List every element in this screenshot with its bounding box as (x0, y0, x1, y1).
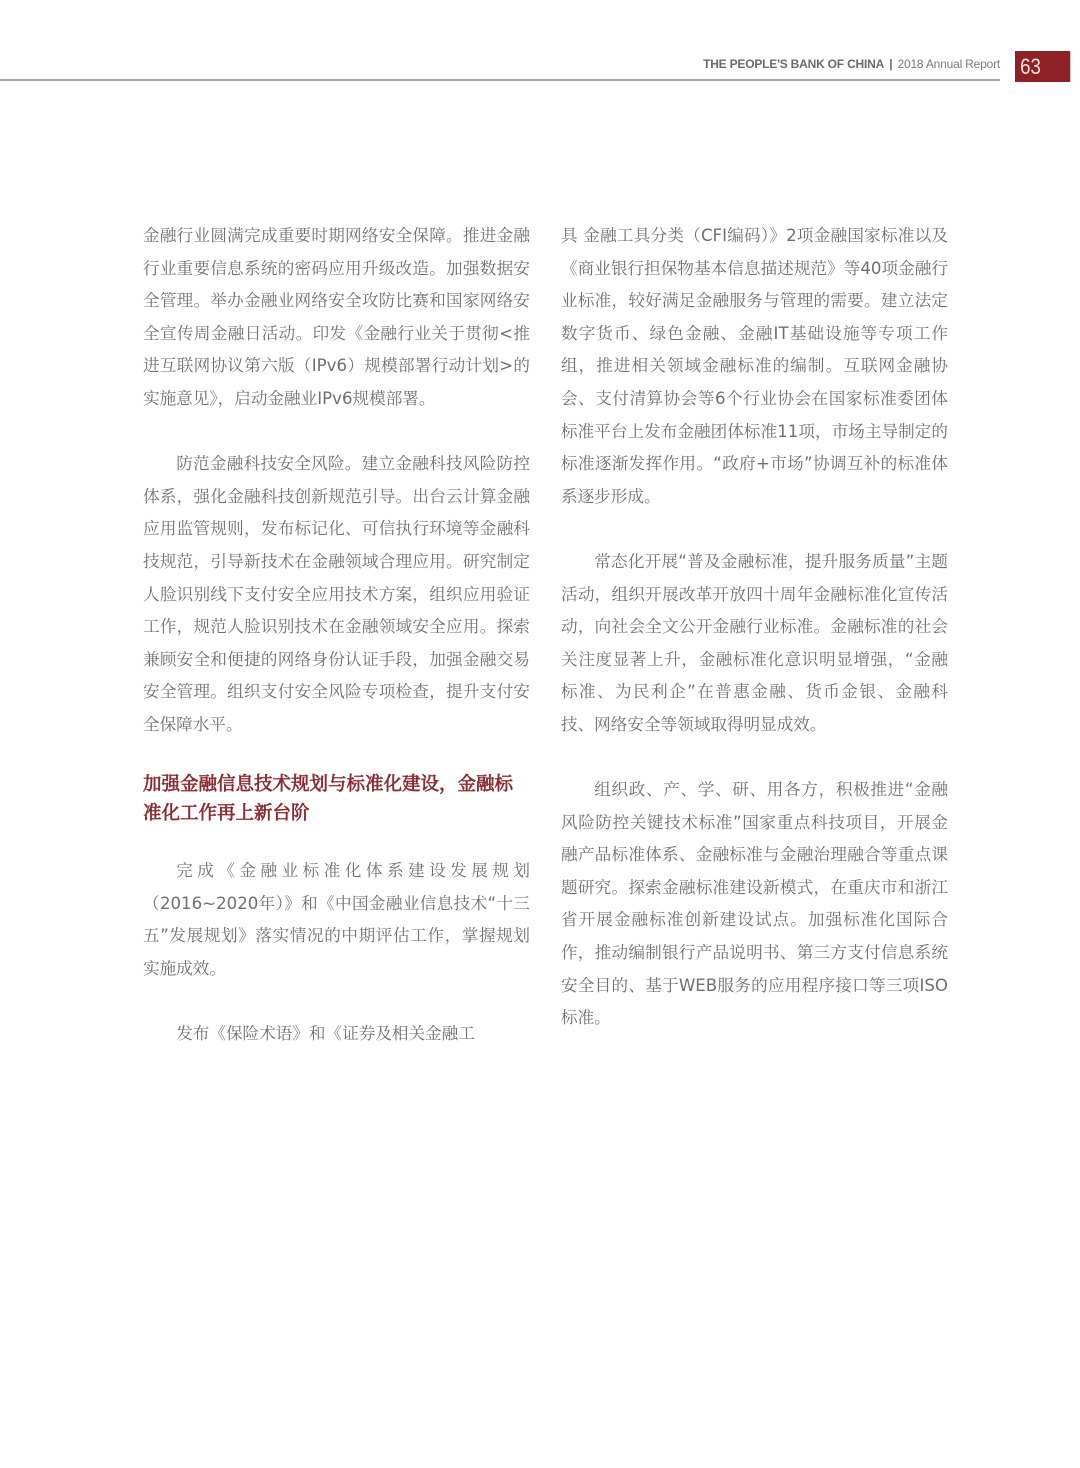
header-divider (0, 79, 1000, 81)
header-separator: | (889, 57, 892, 71)
paragraph-published-standards: 发布《保险术语》和《证券及相关金融工 (143, 1018, 530, 1051)
paragraph-standards-continued: 具 金融工具分类（CFI编码）》2项金融国家标准以及《商业银行担保物基本信息描述… (561, 220, 948, 513)
paragraph-research-cooperation: 组织政、产、学、研、用各方，积极推进“金融风险防控关键技术标准”国家重点科技项目… (561, 774, 948, 1035)
running-header: THE PEOPLE'S BANK OF CHINA | 2018 Annual… (703, 57, 1000, 71)
header-organization: THE PEOPLE'S BANK OF CHINA (703, 57, 884, 71)
left-column: 金融行业圆满完成重要时期网络安全保障。推进金融行业重要信息系统的密码应用升级改造… (143, 220, 530, 1051)
paragraph-standardization-plan: 完成《金融业标准化体系建设发展规划（2016~2020年）》和《中国金融业信息技… (143, 855, 530, 985)
section-heading: 加强金融信息技术规划与标准化建设，金融标准化工作再上新台阶 (143, 770, 530, 828)
paragraph-fintech-risk: 防范金融科技安全风险。建立金融科技风险防控体系，强化金融科技创新规范引导。出台云… (143, 448, 530, 741)
page-number-badge: 63 (1015, 51, 1070, 82)
right-column: 具 金融工具分类（CFI编码）》2项金融国家标准以及《商业银行担保物基本信息描述… (561, 220, 948, 1035)
header-report-title: 2018 Annual Report (898, 57, 1000, 71)
paragraph-standards-promotion: 常态化开展“普及金融标准，提升服务质量”主题活动，组织开展改革开放四十周年金融标… (561, 546, 948, 742)
paragraph-network-security: 金融行业圆满完成重要时期网络安全保障。推进金融行业重要信息系统的密码应用升级改造… (143, 220, 530, 416)
